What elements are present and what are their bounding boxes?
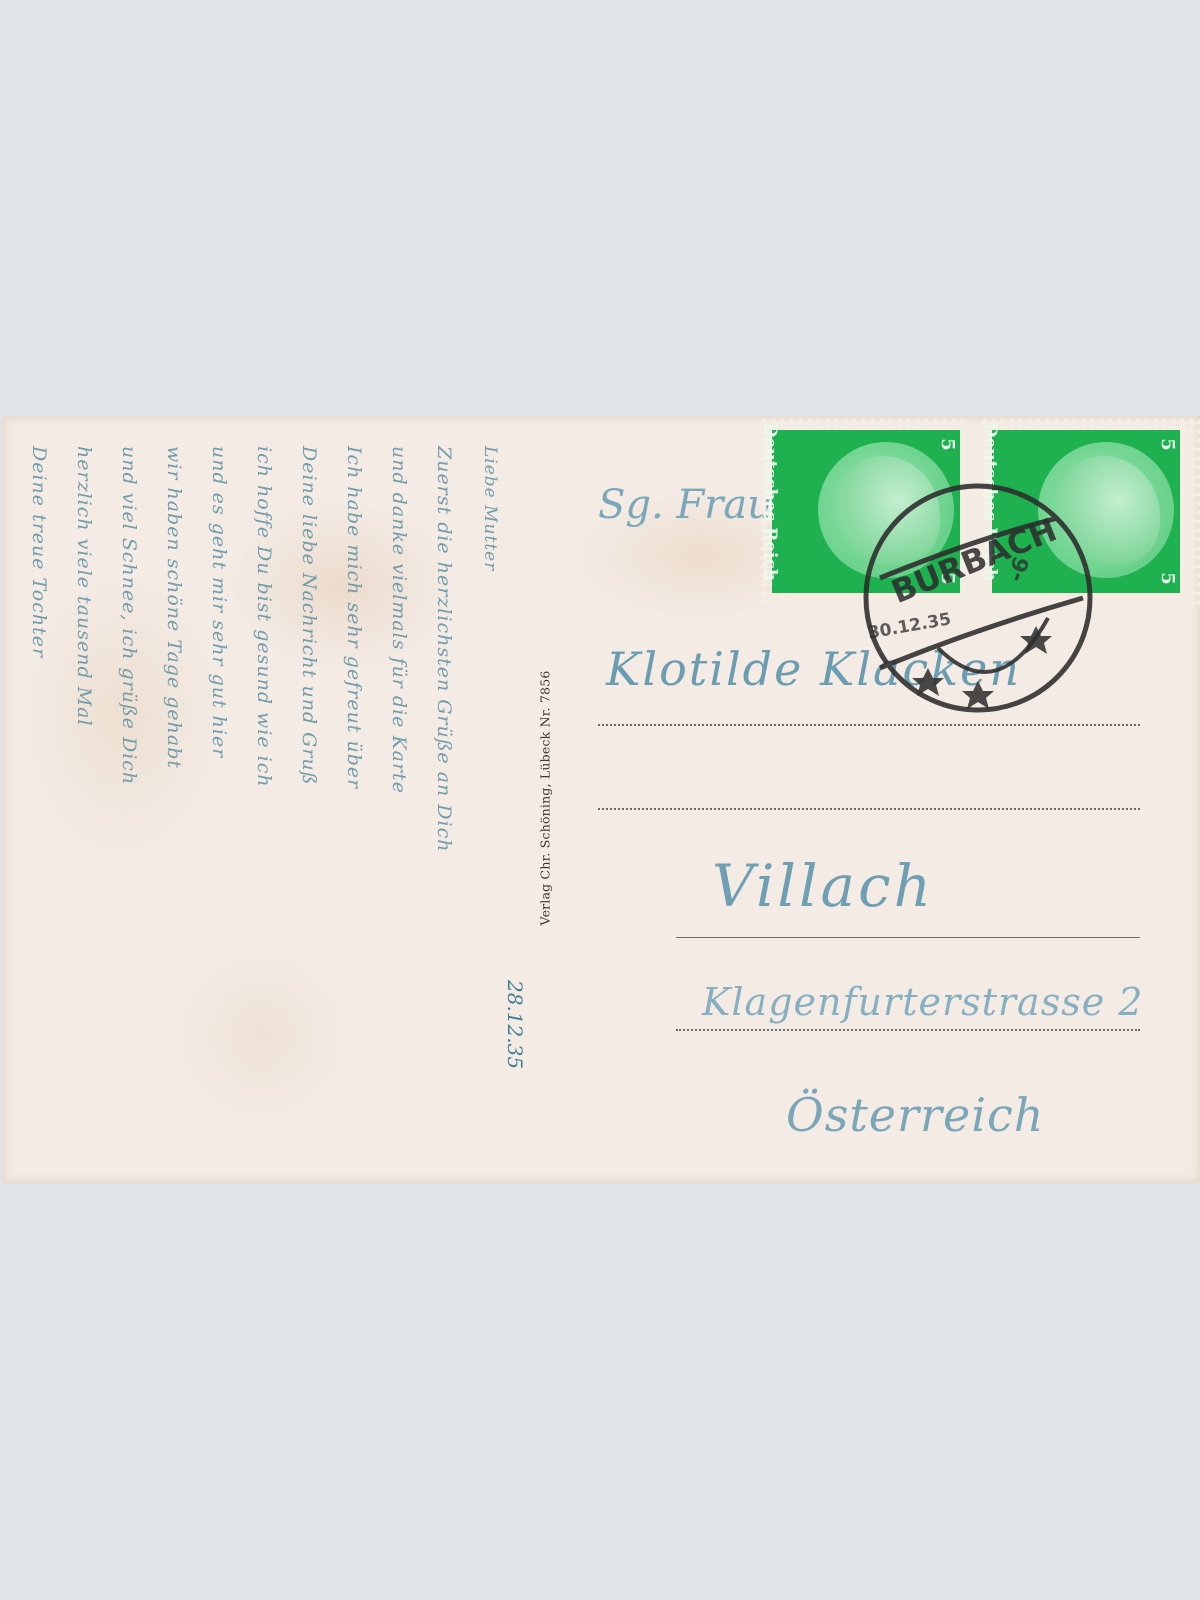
postmark-date: 30.12.35	[867, 609, 953, 643]
message-line: Deine liebe Nachricht und Gruß	[298, 446, 320, 785]
address-city: Villach	[712, 852, 934, 920]
message-line: Liebe Mutter	[480, 446, 500, 571]
address-country: Österreich	[786, 1088, 1044, 1142]
address-line-3	[676, 937, 1140, 938]
stamp-country-text: Deutsches Reich	[760, 423, 780, 581]
stamp-value: 5	[1157, 438, 1178, 451]
message-date: 28.12.35	[503, 980, 527, 1069]
message-line: und es geht mir sehr gut hier	[208, 446, 230, 758]
address-street: Klagenfurterstrasse 2	[702, 980, 1143, 1024]
stamp-value: 5	[937, 438, 958, 451]
message-line: Ich habe mich sehr gefreut über	[343, 446, 365, 789]
message-line: und viel Schnee, ich grüße Dich	[118, 446, 140, 785]
stamp-value: 5	[1157, 572, 1178, 585]
address-line-1	[598, 724, 1140, 726]
message-line: Deine treue Tochter	[28, 446, 50, 658]
postmark-cancellation: BURBACH 30.12.35 -6	[858, 478, 1098, 718]
message-line: ich hoffe Du bist gesund wie ich	[253, 446, 275, 788]
message-line: und danke vielmals für die Karte	[388, 446, 410, 794]
address-line-2	[598, 808, 1140, 810]
message-line: Zuerst die herzlichsten Grüße an Dich	[433, 446, 455, 853]
message-line: herzlich viele tausend Mal	[73, 446, 95, 727]
address-salutation: Sg. Frau	[598, 482, 773, 528]
postmark-town: BURBACH	[886, 510, 1062, 611]
address-line-4	[676, 1029, 1140, 1031]
message-line: wir haben schöne Tage gehabt	[163, 446, 185, 769]
publisher-imprint: Verlag Chr. Schöning, Lübeck Nr. 7856	[538, 670, 553, 925]
